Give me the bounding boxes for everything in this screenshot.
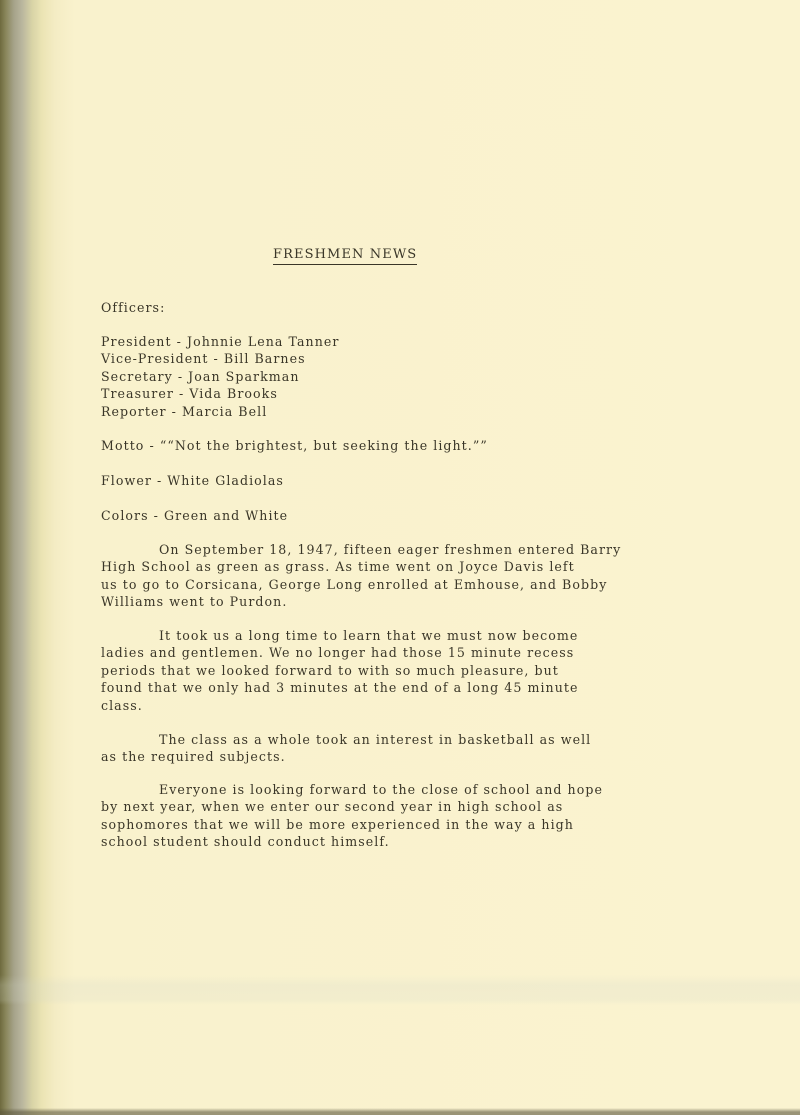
officer-secretary: Secretary - Joan Sparkman <box>101 368 641 385</box>
paragraph-line: ladies and gentlemen. We no longer had t… <box>101 644 641 661</box>
paragraph-line: as the required subjects. <box>101 748 641 765</box>
paragraph-line: sophomores that we will be more experien… <box>101 816 641 833</box>
paragraph-line: by next year, when we enter our second y… <box>101 798 641 815</box>
motto: Motto - ““Not the brightest, but seeking… <box>101 437 641 454</box>
paragraph-line: On September 18, 1947, fifteen eager fre… <box>101 541 641 558</box>
paragraph-line: periods that we looked forward to with s… <box>101 662 641 679</box>
paragraph-line: school student should conduct himself. <box>101 833 641 850</box>
colors: Colors - Green and White <box>101 507 641 524</box>
paragraph-3: The class as a whole took an interest in… <box>101 731 641 766</box>
flower-text: Flower - White Gladiolas <box>101 472 641 489</box>
paragraph-2: It took us a long time to learn that we … <box>101 627 641 714</box>
officers-heading-text: Officers: <box>101 299 641 316</box>
officers-heading: Officers: <box>101 299 641 316</box>
paragraph-line: found that we only had 3 minutes at the … <box>101 679 641 696</box>
scanned-page: FRESHMEN NEWS Officers: President - John… <box>0 0 800 1115</box>
officer-reporter: Reporter - Marcia Bell <box>101 403 641 420</box>
colors-text: Colors - Green and White <box>101 507 641 524</box>
paragraph-line: It took us a long time to learn that we … <box>101 627 641 644</box>
paragraph-line: us to go to Corsicana, George Long enrol… <box>101 576 641 593</box>
paragraph-line: The class as a whole took an interest in… <box>101 731 641 748</box>
paragraph-line: Everyone is looking forward to the close… <box>101 781 641 798</box>
paragraph-4: Everyone is looking forward to the close… <box>101 781 641 851</box>
flower: Flower - White Gladiolas <box>101 472 641 489</box>
paragraph-line: Williams went to Purdon. <box>101 593 641 610</box>
page-title: FRESHMEN NEWS <box>273 247 417 265</box>
motto-text: Motto - ““Not the brightest, but seeking… <box>101 437 641 454</box>
officer-president: President - Johnnie Lena Tanner <box>101 333 641 350</box>
paragraph-line: High School as green as grass. As time w… <box>101 558 641 575</box>
paragraph-line: class. <box>101 697 641 714</box>
paragraph-1: On September 18, 1947, fifteen eager fre… <box>101 541 641 611</box>
officer-vice-president: Vice-President - Bill Barnes <box>101 350 641 367</box>
officers-list: President - Johnnie Lena Tanner Vice-Pre… <box>101 333 641 420</box>
officer-treasurer: Treasurer - Vida Brooks <box>101 385 641 402</box>
